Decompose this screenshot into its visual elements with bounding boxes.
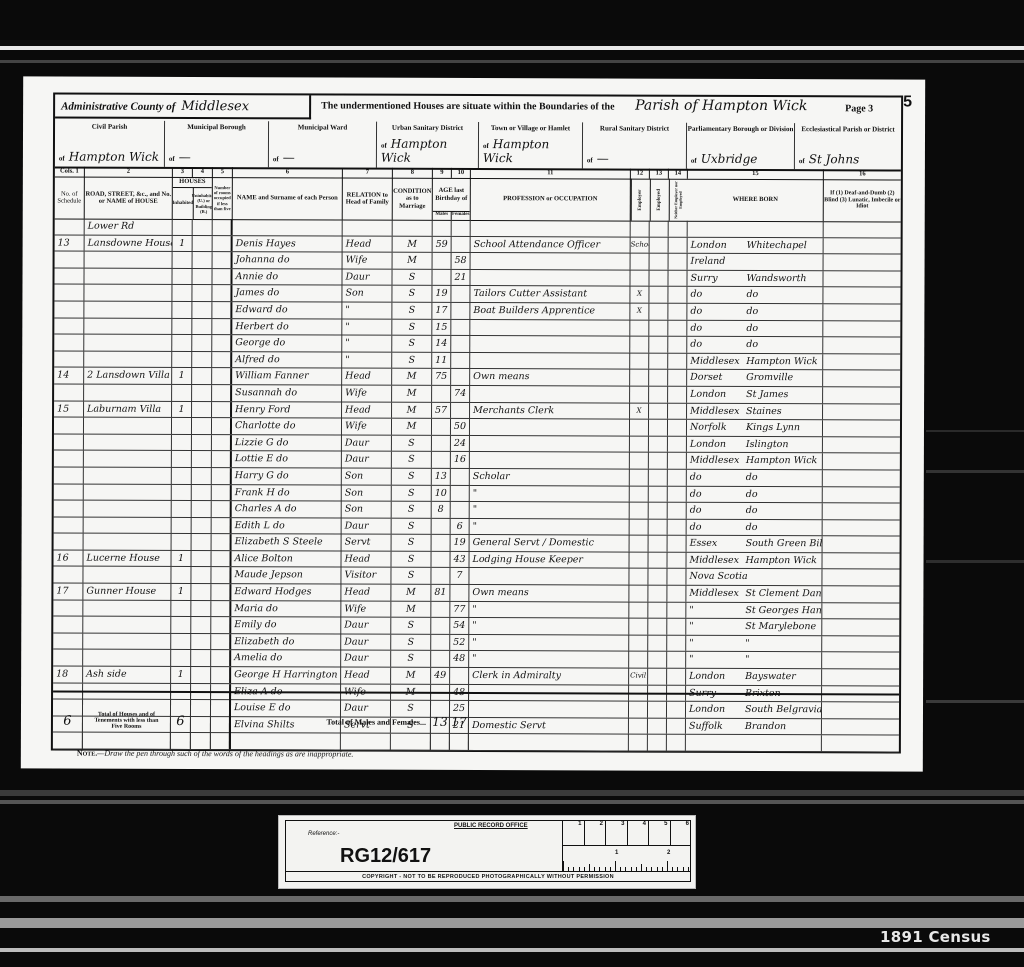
cell-condition: M: [392, 419, 432, 435]
cell-where-born: dodo: [687, 287, 823, 303]
cell-occupation: Clerk in Admiralty: [469, 668, 629, 684]
scan-stripe: [0, 948, 1024, 952]
cell-occupation: [471, 253, 631, 269]
cell-relation: Head: [342, 402, 392, 418]
reference-label: Reference:-: [308, 831, 339, 837]
cell-male-age: 10: [432, 485, 451, 501]
cell-schedule: 17: [53, 584, 83, 600]
cell-occupation: Own means: [469, 585, 629, 601]
cell-schedule: [54, 318, 84, 334]
cell-address: Gunner House: [83, 584, 171, 600]
cell-address: [84, 451, 172, 467]
copyright-notice: COPYRIGHT - NOT TO BE REPRODUCED PHOTOGR…: [286, 871, 690, 882]
header-address: ROAD, STREET, &c., and No. or NAME of HO…: [85, 177, 173, 219]
cell-female-age: [451, 336, 470, 352]
cell-male-age: 59: [433, 236, 452, 252]
cell-name: Annie do: [232, 269, 342, 285]
cell-schedule: [54, 534, 84, 550]
reference-slip: Reference:- PUBLIC RECORD OFFICE RG12/61…: [278, 815, 696, 889]
cell-condition: M: [393, 236, 433, 252]
cell-male-age: [432, 535, 451, 551]
cell-occupation: [470, 386, 630, 402]
cell-address: [84, 468, 172, 484]
cell-occupation: Scholar: [470, 469, 630, 485]
cell-condition: M: [391, 668, 431, 684]
cell-schedule: [54, 302, 84, 318]
administrative-county-value: Middlesex: [181, 99, 249, 114]
cell-schedule: [54, 384, 84, 400]
cell-occupation: ": [469, 651, 629, 667]
header-condition: CONDITION as to Marriage: [393, 178, 433, 220]
cell-emp: X: [630, 403, 649, 419]
page-number: Page 3: [845, 103, 873, 114]
cell-condition: M: [392, 386, 432, 402]
cell-condition: M: [391, 585, 431, 601]
cell-schedule: [54, 335, 84, 351]
cell-condition: S: [392, 452, 432, 468]
cell-relation: Head: [341, 585, 391, 601]
cell-inhabited: [172, 335, 192, 351]
cell-where-born: MiddlesexStaines: [687, 403, 823, 419]
cell-female-age: [451, 485, 470, 501]
cell-name: Lottie E do: [232, 451, 342, 467]
header-neither: Neither Employer nor Employed: [669, 179, 688, 221]
cell-inhabited: 1: [173, 236, 193, 252]
boundary-value: Parish of Hampton Wick: [635, 95, 807, 116]
header-where-born: WHERE BORN: [688, 179, 824, 221]
cell-occupation: ": [470, 519, 630, 535]
cell-female-age: [451, 369, 470, 385]
cell-schedule: [54, 484, 84, 500]
cell-schedule: [54, 418, 84, 434]
cell-where-born: EssexSouth Green Billericay: [687, 536, 823, 552]
cell-male-age: [431, 602, 450, 618]
cell-occupation: [470, 419, 630, 435]
cell-relation: Daur: [342, 518, 392, 534]
cell-occupation: School Attendance Officer: [471, 237, 631, 253]
cell-occupation: ": [470, 502, 630, 518]
form-note: Note.—Draw the pen through such of the w…: [77, 749, 354, 759]
cell-where-born: NorfolkKings Lynn: [687, 420, 823, 436]
total-schedules: 6: [53, 693, 83, 749]
cell-male-age: 17: [432, 303, 451, 319]
cell-schedule: 16: [54, 550, 84, 566]
cell-condition: S: [392, 286, 432, 302]
cell-female-age: 19: [451, 535, 470, 551]
cell-occupation: General Servt / Domestic: [470, 535, 630, 551]
cell-female-age: [451, 319, 470, 335]
cell-female-age: [451, 286, 470, 302]
header-employed: Employed: [650, 179, 669, 221]
cell-relation: [343, 220, 393, 236]
cell-inhabited: 1: [172, 368, 192, 384]
cell-emp: X: [630, 287, 649, 303]
cell-female-age: 6: [451, 519, 470, 535]
cell-emp: [630, 337, 649, 353]
cell-schedule: [54, 268, 84, 284]
cell-where-born: Ireland: [688, 254, 824, 270]
cell-name: Charlotte do: [232, 418, 342, 434]
cell-male-age: [432, 452, 451, 468]
cell-occupation: [470, 270, 630, 286]
cell-condition: M: [392, 402, 432, 418]
cell-emp: [630, 353, 649, 369]
cell-name: Johanna do: [233, 252, 343, 268]
cell-occupation: [470, 353, 630, 369]
cell-condition: S: [392, 502, 432, 518]
district-civil-parish: Civil ParishofHampton Wick: [55, 121, 165, 167]
cell-male-age: [431, 552, 450, 568]
cell-inhabited: [172, 319, 192, 335]
cell-condition: S: [391, 651, 431, 667]
cell-condition: [393, 220, 433, 236]
cell-condition: S: [392, 319, 432, 335]
cell-name: James do: [232, 286, 342, 302]
cell-inhabited: [171, 634, 191, 650]
cell-inhabited: [171, 567, 191, 583]
cell-where-born: [688, 221, 824, 237]
cell-inhabited: 1: [172, 401, 192, 417]
cell-inhabited: [171, 650, 191, 666]
cell-male-age: [431, 568, 450, 584]
cell-inhabited: [172, 468, 192, 484]
cell-name: Edward do: [232, 302, 342, 318]
cell-name: Alice Bolton: [232, 551, 342, 567]
cell-address: [84, 501, 172, 517]
cell-occupation: [470, 320, 630, 336]
cell-schedule: 14: [54, 368, 84, 384]
cell-female-age: [452, 237, 471, 253]
cell-schedule: [54, 467, 84, 483]
cell-occupation: Tailors Cutter Assistant: [470, 286, 630, 302]
cell-schedule: [53, 617, 83, 633]
district-urban-sanitary: Urban Sanitary DistrictofHampton Wick: [377, 122, 479, 168]
cell-where-born: MiddlesexHampton Wick: [687, 353, 823, 369]
header-infirmity: If (1) Deaf-and-Dumb (2) Blind (3) Lunat…: [824, 179, 901, 221]
column-headers: No. of Schedule ROAD, STREET, &c., and N…: [55, 177, 901, 223]
scan-stripe: [926, 470, 1024, 473]
cell-male-age: [433, 220, 452, 236]
cell-where-born: dodo: [687, 470, 823, 486]
cell-male-age: 49: [431, 668, 450, 684]
cell-address: Lucerne House: [84, 551, 172, 567]
cell-female-age: 48: [450, 651, 469, 667]
scan-stripe: [926, 700, 1024, 703]
cell-name: Edward Hodges: [231, 584, 341, 600]
cell-name: Herbert do: [232, 319, 342, 335]
cell-relation: Wife: [342, 385, 392, 401]
collection-label: 1891 Census: [880, 928, 991, 946]
cell-relation: Wife: [343, 253, 393, 269]
district-ecclesiastical: Ecclesiastical Parish or DistrictofSt Jo…: [795, 123, 901, 169]
measurement-scale: 1 2 3 4 5 6 1 2: [562, 821, 691, 871]
cell-schedule: [55, 219, 85, 235]
cell-condition: S: [392, 352, 432, 368]
scan-stripe: [926, 560, 1024, 563]
cell-relation: Son: [342, 286, 392, 302]
scan-stripe: [0, 60, 1024, 63]
cell-address: [83, 633, 171, 649]
cell-emp: [629, 569, 648, 585]
cell-condition: S: [392, 269, 432, 285]
cell-schedule: [54, 517, 84, 533]
cell-inhabited: [172, 285, 192, 301]
cell-inhabited: [171, 601, 191, 617]
district-town-village: Town or Village or HamletofHampton Wick: [479, 122, 583, 168]
cell-schedule: 18: [53, 667, 83, 683]
cell-condition: S: [391, 618, 431, 634]
cell-male-age: 11: [432, 353, 451, 369]
cell-condition: S: [392, 535, 432, 551]
cell-relation: Head: [342, 369, 392, 385]
cell-condition: S: [392, 485, 432, 501]
cell-occupation: Boat Builders Apprentice: [470, 303, 630, 319]
cell-condition: S: [392, 303, 432, 319]
cell-name: Frank H do: [232, 485, 342, 501]
cell-address: [84, 517, 172, 533]
cell-inhabited: 1: [171, 584, 191, 600]
cell-occupation: [469, 568, 629, 584]
cell-where-born: "St Georges Hanover Square: [686, 602, 822, 618]
header-relation: RELATION to Head of Family: [343, 178, 393, 220]
scan-stripe: [0, 918, 1024, 928]
cell-name: Maria do: [231, 601, 341, 617]
form-header: Administrative County ofMiddlesex The un…: [55, 95, 901, 124]
cell-inhabited: [172, 269, 192, 285]
cell-relation: ": [342, 303, 392, 319]
record-office: PUBLIC RECORD OFFICE: [454, 823, 528, 829]
cell-emp: [629, 635, 648, 651]
cell-female-age: [451, 402, 470, 418]
cell-relation: Servt: [342, 535, 392, 551]
cell-name: Lizzie G do: [232, 435, 342, 451]
cell-name: George H Harrington: [231, 667, 341, 683]
cell-occupation: [470, 336, 630, 352]
cell-inhabited: [171, 617, 191, 633]
cell-name: Emily do: [231, 617, 341, 633]
cell-male-age: [431, 651, 450, 667]
cell-female-age: 58: [452, 253, 471, 269]
cell-where-born: dodo: [687, 337, 823, 353]
cell-female-age: 16: [451, 452, 470, 468]
cell-female-age: [452, 220, 471, 236]
cell-name: Denis Hayes: [233, 236, 343, 252]
header-age: AGE last Birthday of Males Females: [433, 178, 471, 220]
cell-male-age: 57: [432, 402, 451, 418]
cell-inhabited: [172, 484, 192, 500]
cell-where-born: SurryWandsworth: [687, 271, 823, 287]
cell-relation: Daur: [341, 634, 391, 650]
scan-stripe: [926, 430, 1024, 432]
cell-inhabited: [172, 435, 192, 451]
cell-relation: Son: [342, 485, 392, 501]
header-name: NAME and Surname of each Person: [233, 177, 343, 219]
header-employer: Employer: [631, 179, 650, 221]
cell-relation: Head: [343, 236, 393, 252]
cell-occupation: ": [469, 602, 629, 618]
cell-address: [84, 418, 172, 434]
cell-address: [84, 318, 172, 334]
cell-female-age: 7: [450, 568, 469, 584]
cell-inhabited: [172, 534, 192, 550]
cell-schedule: [54, 434, 84, 450]
cell-emp: [629, 652, 648, 668]
cell-where-born: LondonIslington: [687, 436, 823, 452]
cell-address: [83, 600, 171, 616]
cell-schedule: 15: [54, 401, 84, 417]
cell-inhabited: [173, 252, 193, 268]
scan-stripe: [0, 896, 1024, 902]
cell-name: Maude Jepson: [231, 568, 341, 584]
cell-emp: [630, 386, 649, 402]
cell-relation: ": [342, 319, 392, 335]
cell-emp: [630, 503, 649, 519]
cell-emp: X: [630, 304, 649, 320]
cell-where-born: LondonWhitechapel: [688, 237, 824, 253]
cell-male-age: 15: [432, 319, 451, 335]
cell-emp: [629, 602, 648, 618]
cell-address: [84, 268, 172, 284]
cell-schedule: [55, 252, 85, 268]
scan-stripe: [0, 46, 1024, 50]
cell-emp: [631, 254, 650, 270]
cell-emp: [630, 420, 649, 436]
cell-male-age: [432, 386, 451, 402]
census-page: 5 Administrative County ofMiddlesex The …: [21, 76, 925, 771]
cell-male-age: [431, 635, 450, 651]
administrative-county: Administrative County ofMiddlesex: [55, 95, 311, 120]
cell-male-age: 13: [432, 469, 451, 485]
cell-male-age: 8: [432, 502, 451, 518]
cell-emp: [630, 436, 649, 452]
cell-female-age: 50: [451, 419, 470, 435]
cell-female-age: 54: [450, 618, 469, 634]
cell-schedule: [54, 351, 84, 367]
cell-inhabited: [172, 385, 192, 401]
census-rows: Lower Rd13Lansdowne House1Denis HayesHea…: [53, 219, 901, 753]
district-municipal-borough: Municipal Boroughof—: [165, 121, 269, 167]
cell-female-age: 24: [451, 436, 470, 452]
header-occupation: PROFESSION or OCCUPATION: [471, 178, 631, 221]
cell-inhabited: 1: [171, 667, 191, 683]
cell-where-born: dodo: [687, 320, 823, 336]
cell-schedule: [53, 600, 83, 616]
cell-occupation: Own means: [470, 369, 630, 385]
cell-condition: S: [391, 552, 431, 568]
cell-address: [84, 302, 172, 318]
cell-relation: Head: [341, 668, 391, 684]
cell-where-born: "St Marylebone: [686, 619, 822, 635]
totals-row: 6 Total of Houses and of Tenements with …: [53, 691, 899, 752]
cell-address: Laburnam Villa: [84, 401, 172, 417]
cell-address: [84, 335, 172, 351]
cell-male-age: 14: [432, 336, 451, 352]
cell-where-born: "": [686, 652, 822, 668]
cell-relation: Daur: [342, 452, 392, 468]
cell-name: Elizabeth do: [231, 634, 341, 650]
cell-inhabited: 1: [172, 551, 192, 567]
cell-female-age: 77: [450, 602, 469, 618]
cell-female-age: [451, 469, 470, 485]
cell-name: Elizabeth S Steele: [232, 534, 342, 550]
cell-female-age: [451, 303, 470, 319]
boundary-text: The undermentioned Houses are situate wi…: [321, 100, 614, 112]
cell-occupation: Merchants Clerk: [470, 403, 630, 419]
cell-address: [84, 484, 172, 500]
cell-male-age: [431, 618, 450, 634]
cell-where-born: DorsetGromville: [687, 370, 823, 386]
cell-emp: [629, 552, 648, 568]
cell-inhabited: [172, 302, 192, 318]
cell-female-age: [450, 585, 469, 601]
district-parliamentary: Parliamentary Borough or DivisionofUxbri…: [687, 123, 795, 169]
total-houses-value: 6: [171, 693, 191, 749]
cell-emp: [630, 320, 649, 336]
cell-relation: Son: [342, 502, 392, 518]
cell-male-age: [432, 270, 451, 286]
cell-occupation: [471, 220, 631, 236]
cell-emp: [629, 619, 648, 635]
cell-name: George do: [232, 335, 342, 351]
cell-condition: M: [391, 601, 431, 617]
cell-schedule: [53, 650, 83, 666]
cell-name: Alfred do: [232, 352, 342, 368]
cell-name: Harry G do: [232, 468, 342, 484]
cell-where-born: "": [686, 636, 822, 652]
cell-female-age: 74: [451, 386, 470, 402]
cell-relation: Visitor: [341, 568, 391, 584]
cell-address: [84, 351, 172, 367]
cell-address: [84, 434, 172, 450]
cell-emp: Civil: [629, 669, 648, 685]
total-females: 17: [450, 694, 469, 750]
cell-emp: [630, 469, 649, 485]
cell-condition: S: [392, 435, 432, 451]
cell-occupation: ": [469, 635, 629, 651]
cell-male-age: 81: [431, 585, 450, 601]
header-schedule: No. of Schedule: [55, 177, 85, 219]
cell-female-age: 21: [451, 270, 470, 286]
cell-condition: S: [391, 635, 431, 651]
cell-address: [84, 285, 172, 301]
cell-address: [85, 252, 173, 268]
cell-emp: [630, 519, 649, 535]
cell-condition: S: [391, 568, 431, 584]
cell-where-born: LondonBayswater: [686, 669, 822, 685]
cell-relation: Daur: [341, 651, 391, 667]
cell-male-age: [432, 419, 451, 435]
administrative-county-label: Administrative County of: [61, 101, 175, 113]
cell-name: Susannah do: [232, 385, 342, 401]
cell-occupation: ": [470, 485, 630, 501]
cell-name: Edith L do: [232, 518, 342, 534]
cell-where-born: Nova Scotia: [686, 569, 822, 585]
cell-where-born: MiddlesexSt Clement Danes: [686, 586, 822, 602]
cell-address: Lansdowne House: [85, 235, 173, 251]
cell-relation: Daur: [342, 435, 392, 451]
cell-female-age: 43: [450, 552, 469, 568]
cell-where-born: MiddlesexHampton Wick: [686, 553, 822, 569]
cell-female-age: [450, 668, 469, 684]
district-rural-sanitary: Rural Sanitary Districtof—: [583, 122, 687, 168]
cell-male-age: 75: [432, 369, 451, 385]
cell-inhabited: [173, 219, 193, 235]
cell-where-born: MiddlesexHampton Wick: [687, 453, 823, 469]
cell-male-age: [433, 253, 452, 269]
cell-relation: ": [342, 336, 392, 352]
cell-name: Charles A do: [232, 501, 342, 517]
cell-condition: S: [392, 336, 432, 352]
